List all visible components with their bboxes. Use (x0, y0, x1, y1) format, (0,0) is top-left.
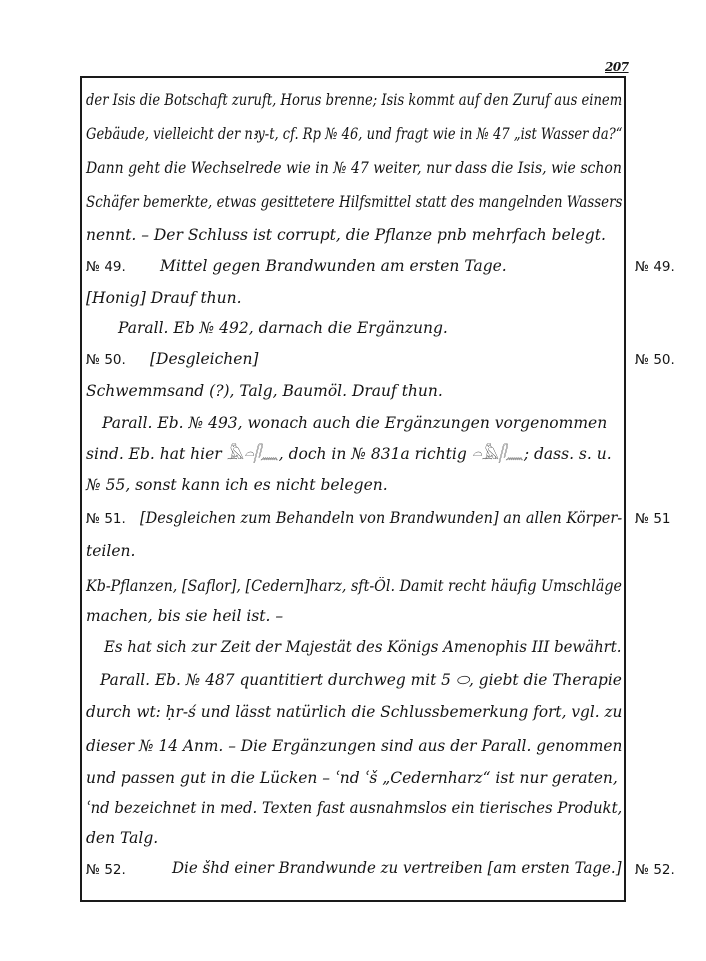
text-line: Kb-Pflanzen, [Saflor], [Cedern]harz, sft… (86, 576, 622, 596)
entry-heading-52: Die šhd einer Brandwunde zu vertreiben [… (172, 858, 622, 878)
text-line: № 55, sonst kann ich es nicht belegen. (86, 475, 388, 495)
text-line: sind. Eb. hat hier 𓅓𓏏𓋴𓈖, doch in № 831a … (86, 444, 612, 464)
text-line: durch wt: ḥr-ś und lässt natürlich die S… (86, 702, 622, 722)
entry-number-52: № 52. (86, 860, 126, 880)
margin-number-52: № 52. (635, 860, 675, 880)
text-line: Parall. Eb. № 487 quantitiert durchweg m… (100, 670, 622, 690)
text-line: und passen gut in die Lücken – ʿnd ʿš „C… (86, 768, 618, 788)
entry-heading-50: [Desgleichen] (150, 349, 258, 369)
entry-number-49: № 49. (86, 257, 126, 277)
margin-number-49: № 49. (635, 257, 675, 277)
entry-number-50: № 50. (86, 350, 126, 370)
margin-number-51: № 51 (635, 509, 671, 529)
text-line: dieser № 14 Anm. – Die Ergänzungen sind … (86, 736, 622, 756)
entry-heading-49: Mittel gegen Brandwunden am ersten Tage. (160, 256, 507, 276)
text-line: Es hat sich zur Zeit der Majestät des Kö… (104, 637, 622, 657)
text-line: Schäfer bemerkte, etwas gesittetere Hilf… (86, 192, 622, 212)
text-line: machen, bis sie heil ist. – (86, 606, 283, 626)
text-line: ʿnd bezeichnet in med. Texten fast ausna… (86, 798, 622, 818)
text-line: der Isis die Botschaft zuruft, Horus bre… (86, 90, 622, 110)
margin-number-50: № 50. (635, 350, 675, 370)
text-line: [Honig] Drauf thun. (86, 288, 242, 308)
text-line: Parall. Eb № 492, darnach die Ergänzung. (118, 318, 448, 338)
text-line: Parall. Eb. № 493, wonach auch die Ergän… (102, 413, 607, 433)
entry-number-51: № 51. (86, 509, 126, 529)
text-line: Schwemmsand (?), Talg, Baumöl. Drauf thu… (86, 381, 443, 401)
text-line: Gebäude, vielleicht der nꜣy-t, cf. Rp № … (86, 124, 622, 144)
text-line: Dann geht die Wechselrede wie in № 47 we… (86, 158, 622, 178)
text-line: den Talg. (86, 828, 158, 848)
text-line: teilen. (86, 541, 135, 561)
text-line: nennt. – Der Schluss ist corrupt, die Pf… (86, 225, 606, 245)
entry-heading-51: [Desgleichen zum Behandeln von Brandwund… (140, 508, 622, 528)
page-number: 207 (605, 60, 629, 74)
